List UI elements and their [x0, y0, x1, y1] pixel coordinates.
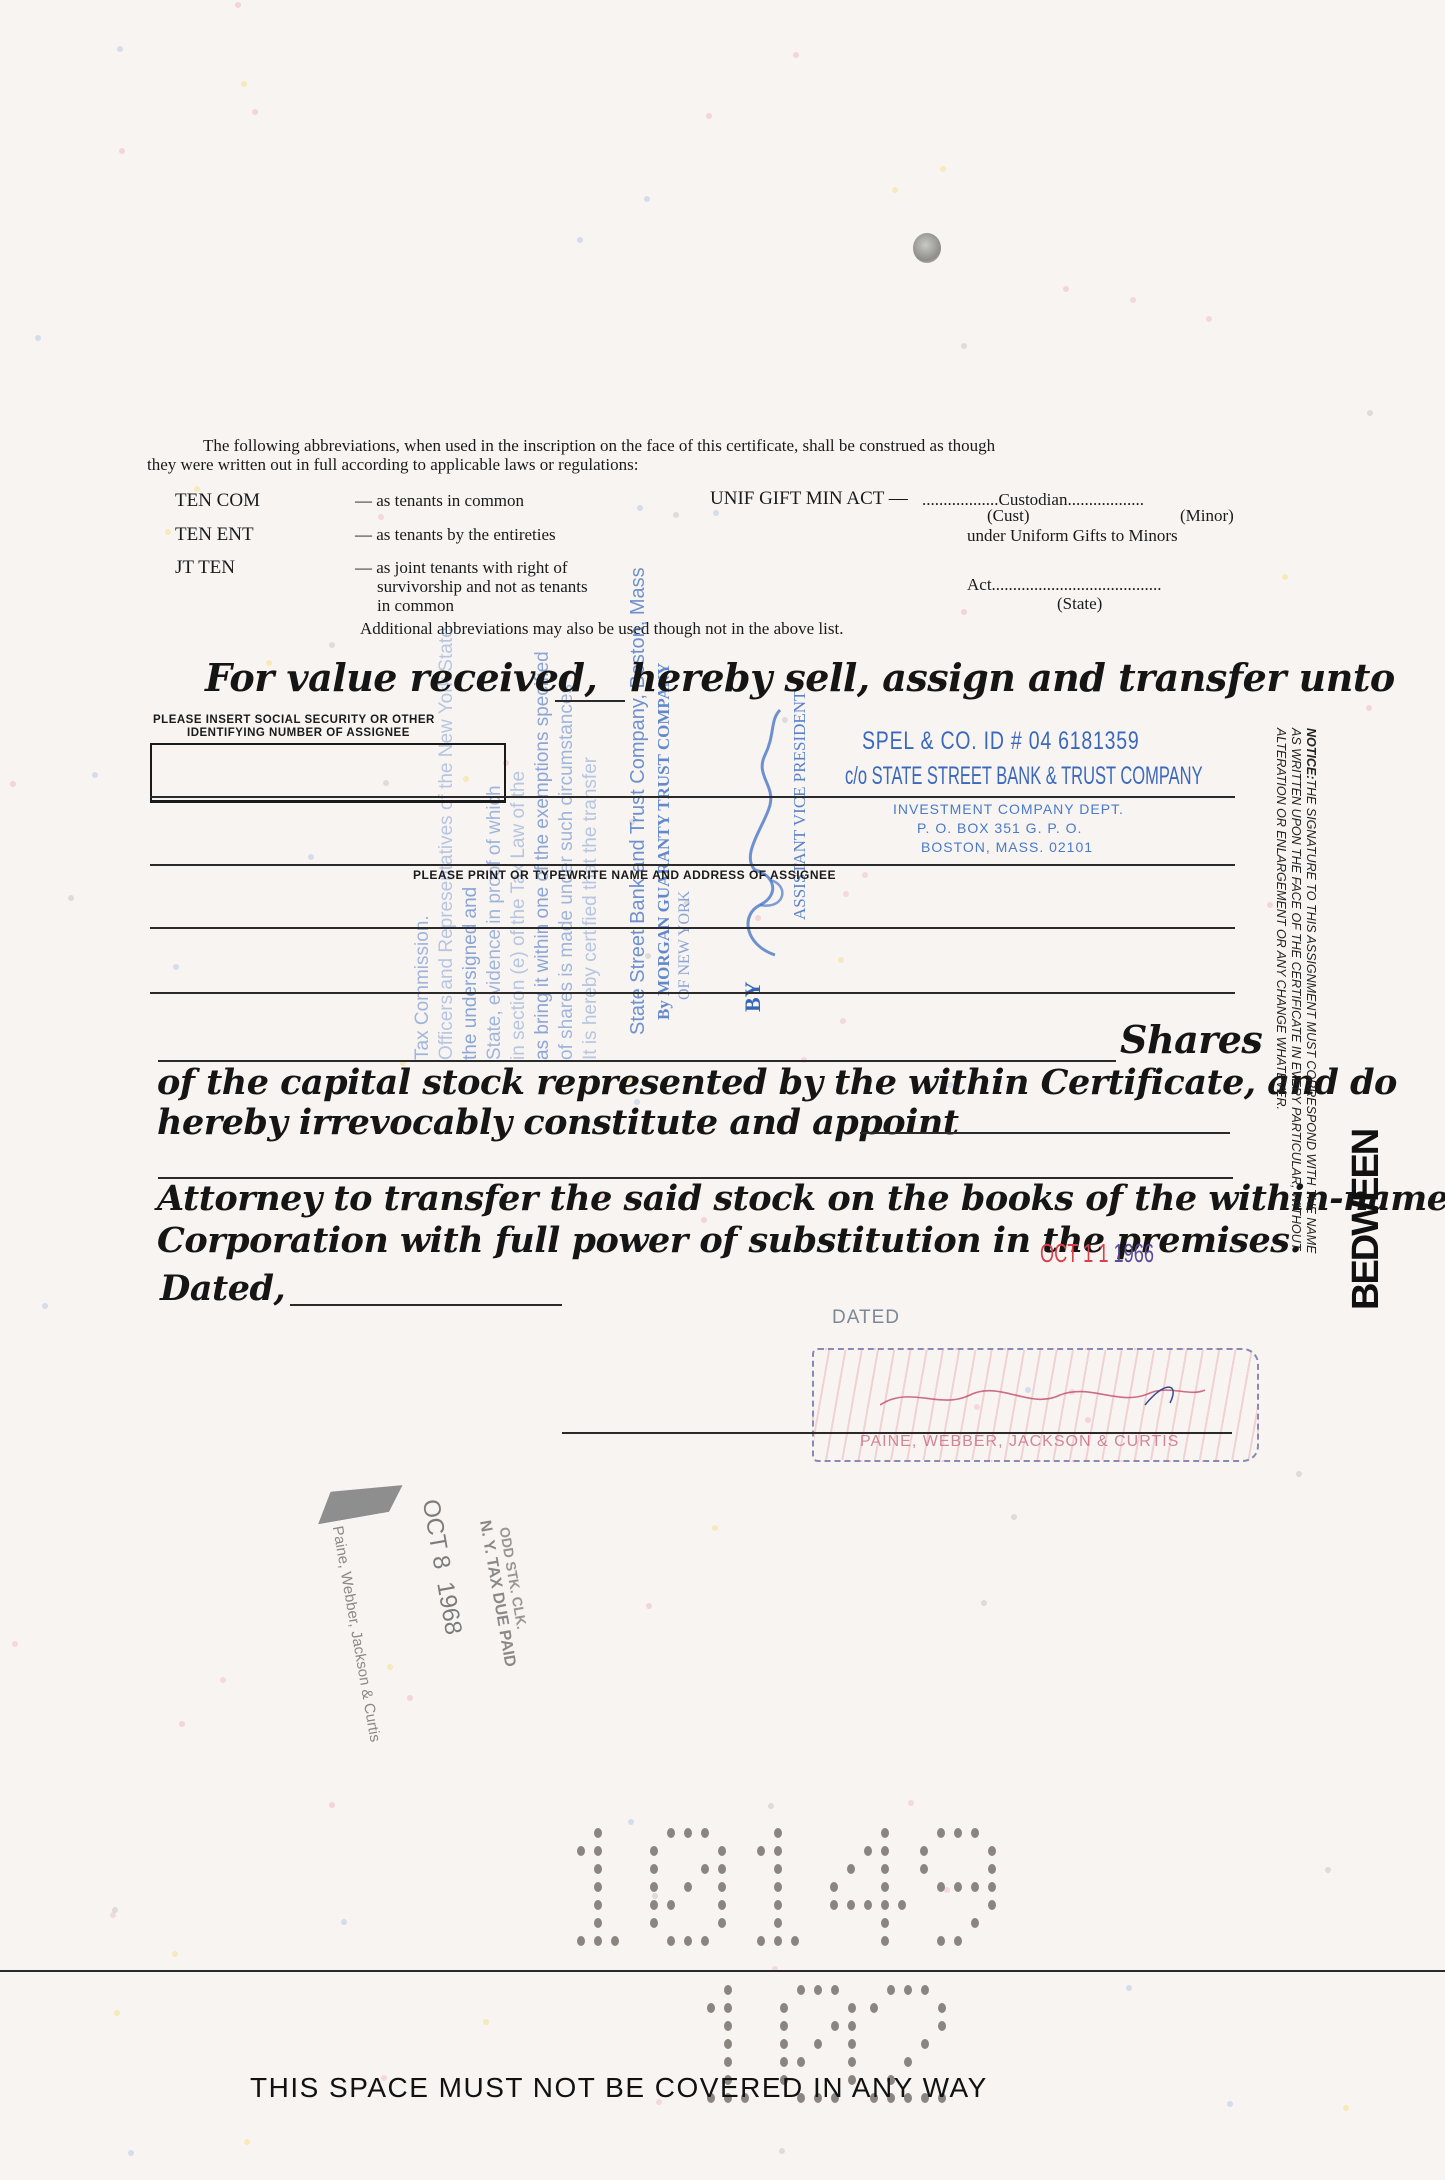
unif-gift-label: UNIF GIFT MIN ACT —	[710, 488, 908, 510]
print-name-label: PLEASE PRINT OR TYPEWRITE NAME AND ADDRE…	[413, 868, 836, 882]
date-stamp-month-day: OCT 1 1	[1040, 1238, 1108, 1268]
tax-exempt-stamp: It is hereby certified that the transfer…	[412, 560, 662, 1060]
unif-gift-custodian-line: ..................Custodian.............…	[922, 490, 1144, 509]
abbr-code-ten-com: TEN COM	[175, 490, 260, 512]
ssn-input-box[interactable]	[150, 743, 506, 803]
tax-stamp-firm: Paine, Webber, Jackson & Curtis	[329, 1525, 398, 1823]
stamp-bank-line: State Street Bank and Trust Company, Bos…	[627, 580, 650, 1035]
tax-exempt-stamp-line: Officers and Representatives of the New …	[436, 560, 458, 1060]
for-value-received: For value received,	[205, 655, 597, 700]
notice-line2: AS WRITTEN UPON THE FACE OF THE CERTIFIC…	[1288, 728, 1303, 1368]
assignee-stamp-line4: P. O. BOX 351 G. P. O.	[917, 820, 1082, 836]
state-label: (State)	[1057, 594, 1102, 613]
received-date-stamp: OCT 1 1 1966	[1040, 1238, 1154, 1269]
notice-text: NOTICE:THE SIGNATURE TO THIS ASSIGNMENT …	[1272, 728, 1318, 1368]
officer-signature	[735, 705, 795, 965]
hereby-sell-assign: hereby sell, assign and transfer unto	[630, 655, 1395, 700]
stamp-guarantor-line2: OF NEW YORK	[676, 720, 694, 1000]
cust-label: (Cust)	[987, 506, 1030, 525]
abbr-code-ten-ent: TEN ENT	[175, 524, 254, 546]
abbr-desc-ten-ent: — as tenants by the entireties	[355, 525, 556, 544]
assignee-stamp-line5: BOSTON, MASS. 02101	[921, 839, 1093, 855]
ssn-label-line2: IDENTIFYING NUMBER OF ASSIGNEE	[187, 727, 410, 739]
bottom-notice: THIS SPACE MUST NOT BE COVERED IN ANY WA…	[250, 2072, 988, 2104]
assignee-stamp-line3: INVESTMENT COMPANY DEPT.	[893, 801, 1124, 817]
tax-exempt-stamp-line: the undersigned and	[460, 560, 482, 1060]
tax-paid-stamp: OCT 8 1968 Paine, Webber, Jackson & Curt…	[282, 1450, 597, 1830]
shares-word: Shares	[1120, 1017, 1262, 1062]
tax-stamp-date: OCT 8	[417, 1497, 456, 1571]
dated-label: Dated,	[160, 1268, 285, 1309]
intro-text-line1: The following abbreviations, when used i…	[203, 436, 995, 456]
broker-dated-label: DATED	[832, 1307, 900, 1329]
tax-exempt-stamp-line: of shares is made under such circumstanc…	[556, 560, 578, 1060]
tax-stamp-year: 1968	[431, 1580, 467, 1637]
minor-label: (Minor)	[1180, 506, 1234, 525]
act-line: Act.....................................…	[967, 575, 1162, 594]
tax-exempt-stamp-line: in section (e) of the Tax Law of the	[508, 560, 530, 1060]
capital-stock-line: of the capital stock represented by the …	[157, 1062, 1397, 1103]
ssn-label-line1: PLEASE INSERT SOCIAL SECURITY OR OTHER	[153, 714, 435, 726]
assignee-stamp-line2: c/o STATE STREET BANK & TRUST COMPANY	[845, 762, 1203, 791]
tax-exempt-stamp-line: Tax Commission.	[412, 560, 434, 1060]
uniform-gifts-text: under Uniform Gifts to Minors	[967, 526, 1178, 545]
attorney-line: Attorney to transfer the said stock on t…	[157, 1178, 1445, 1219]
abbr-code-jt-ten: JT TEN	[175, 557, 235, 579]
tax-exempt-stamp-line: as bring it within one of the exemptions…	[532, 560, 554, 1060]
broker-firm-name: PAINE, WEBBER, JACKSON & CURTIS	[860, 1433, 1179, 1451]
handwritten-side-note: BEDWEEN	[1345, 1110, 1388, 1310]
constitute-line: hereby irrevocably constitute and appoin…	[157, 1102, 959, 1143]
notice-prefix: NOTICE:	[1304, 728, 1318, 779]
punch-hole	[913, 233, 941, 263]
notice-line1: THE SIGNATURE TO THIS ASSIGNMENT MUST CO…	[1304, 779, 1318, 1253]
tax-exempt-stamp-line: It is hereby certified that the transfer	[580, 560, 602, 1060]
intro-text-line2: they were written out in full according …	[147, 455, 638, 475]
notice-line3: ALTERATION OR ENLARGEMENT OR ANY CHANGE …	[1273, 728, 1288, 1368]
date-stamp-year: 1966	[1114, 1238, 1154, 1268]
tax-exempt-stamp-line: State, evidence in proof of which	[484, 560, 506, 1060]
assignee-stamp-line1: SPEL & CO. ID # 04 6181359	[862, 727, 1140, 756]
broker-signature	[880, 1375, 1210, 1420]
abbr-desc-ten-com: — as tenants in common	[355, 491, 524, 510]
